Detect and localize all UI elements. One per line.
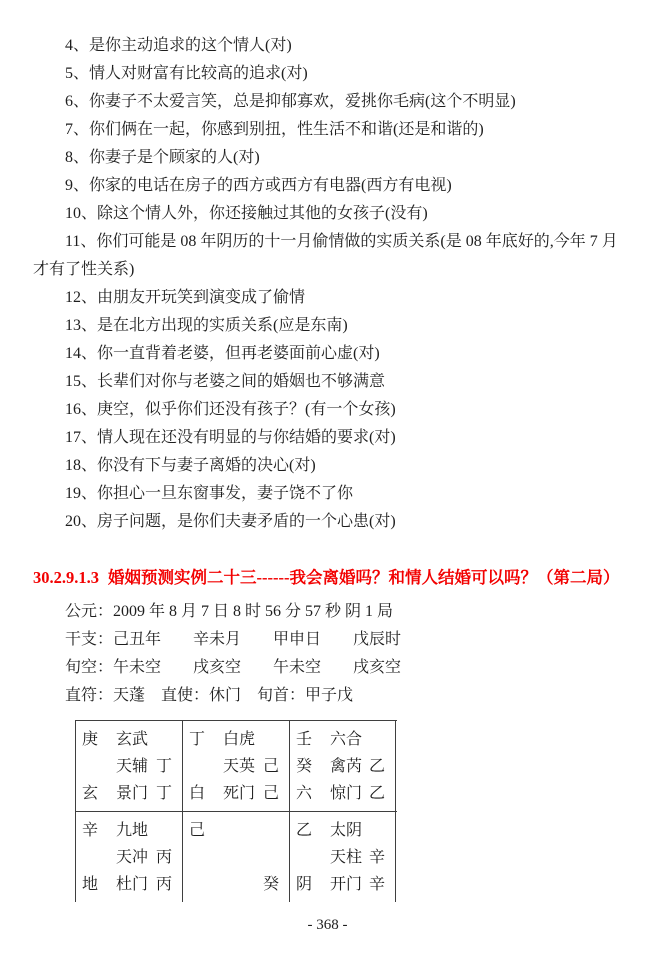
chart-cell-line: 己 — [189, 817, 279, 844]
chart-cell-line: 乙太阴 — [296, 817, 385, 844]
chart-cell-line: 辛九地 — [82, 817, 172, 844]
chart-center-name: 九地 — [116, 817, 155, 844]
chart-cell: 己癸 — [182, 812, 289, 902]
chart-right-stem — [368, 726, 385, 753]
chart-center-name — [223, 817, 262, 844]
chart-center-name — [223, 844, 262, 871]
chart-cell: 庚玄武天辅丁玄景门丁 — [75, 721, 182, 811]
list-item: 17、情人现在还没有明显的与你结婚的要求(对) — [33, 424, 622, 452]
chart-center-name: 玄武 — [116, 726, 155, 753]
chart-center-name: 天辅 — [116, 753, 155, 780]
chart-cell-line: 癸禽芮乙 — [296, 753, 385, 780]
chart-right-stem — [155, 726, 172, 753]
chart-left-glyph — [82, 753, 116, 780]
chart-right-stem — [368, 817, 385, 844]
chart-right-stem: 丁 — [155, 753, 172, 780]
chart-left-glyph: 乙 — [296, 817, 330, 844]
list-item: 8、你妻子是个顾家的人(对) — [33, 144, 622, 172]
chart-row: 辛九地天冲丙地杜门丙己癸乙太阴天柱辛阴开门辛 — [75, 812, 397, 902]
list-item: 12、由朋友开玩笑到演变成了偷情 — [33, 284, 622, 312]
chart-left-glyph: 癸 — [296, 753, 330, 780]
chart-cell: 丁白虎天英己白死门己 — [182, 721, 289, 811]
chart-left-glyph: 阴 — [296, 871, 330, 898]
chart-right-stem: 乙 — [368, 780, 385, 807]
chart-left-glyph: 六 — [296, 780, 330, 807]
list-item: 11、你们可能是 08 年阴历的十一月偷情做的实质关系(是 08 年底好的,今年… — [33, 228, 622, 284]
chart-center-name: 天柱 — [330, 844, 368, 871]
chart-left-glyph: 丁 — [189, 726, 223, 753]
list-item: 19、你担心一旦东窗事发，妻子饶不了你 — [33, 480, 622, 508]
section-number: 30.2.9.1.3 — [33, 568, 99, 587]
chart-row: 庚玄武天辅丁玄景门丁丁白虎天英己白死门己壬六合癸禽芮乙六惊门乙 — [75, 721, 397, 812]
list-item: 16、庚空，似乎你们还没有孩子？(有一个女孩) — [33, 396, 622, 424]
chart-center-name: 六合 — [330, 726, 368, 753]
chart-center-name: 天英 — [223, 753, 262, 780]
list-item: 9、你家的电话在房子的西方或西方有电器(西方有电视) — [33, 172, 622, 200]
qimen-chart: 庚玄武天辅丁玄景门丁丁白虎天英己白死门己壬六合癸禽芮乙六惊门乙辛九地天冲丙地杜门… — [75, 720, 397, 902]
document-page: 4、是你主动追求的这个情人(对) 5、情人对财富有比较高的追求(对) 6、你妻子… — [0, 0, 655, 962]
list-item: 6、你妻子不太爱言笑，总是抑郁寡欢，爱挑你毛病(这个不明显) — [33, 88, 622, 116]
chart-center-name: 死门 — [223, 780, 262, 807]
chart-cell: 辛九地天冲丙地杜门丙 — [75, 812, 182, 902]
list-item: 15、长辈们对你与老婆之间的婚姻也不够满意 — [33, 368, 622, 396]
chart-left-glyph: 庚 — [82, 726, 116, 753]
list-item: 7、你们俩在一起，你感到别扭，性生活不和谐(还是和谐的) — [33, 116, 622, 144]
chart-left-glyph — [82, 844, 116, 871]
chart-right-stem: 辛 — [368, 871, 385, 898]
chart-left-glyph — [189, 871, 223, 898]
info-line-xunkong: 旬空：午未空 戌亥空 午未空 戌亥空 — [33, 654, 622, 682]
list-item: 18、你没有下与妻子离婚的决心(对) — [33, 452, 622, 480]
chart-center-name: 太阴 — [330, 817, 368, 844]
chart-center-name: 惊门 — [330, 780, 368, 807]
chart-right-stem: 丙 — [155, 871, 172, 898]
chart-left-glyph: 壬 — [296, 726, 330, 753]
chart-right-stem — [155, 817, 172, 844]
chart-cell-line: 阴开门辛 — [296, 871, 385, 898]
chart-left-glyph — [189, 844, 223, 871]
chart-cell-line: 壬六合 — [296, 726, 385, 753]
chart-cell-line — [189, 844, 279, 871]
chart-center-name: 开门 — [330, 871, 368, 898]
chart-center-name: 禽芮 — [330, 753, 368, 780]
chart-right-stem: 丙 — [155, 844, 172, 871]
chart-center-name: 天冲 — [116, 844, 155, 871]
chart-center-name: 景门 — [116, 780, 155, 807]
section-title: 婚姻预测实例二十三------我会离婚吗？和情人结婚可以吗？（第二局） — [108, 568, 619, 587]
list-item: 14、你一直背着老婆，但再老婆面前心虚(对) — [33, 340, 622, 368]
chart-right-stem: 乙 — [368, 753, 385, 780]
chart-cell-line: 天辅丁 — [82, 753, 172, 780]
chart-cell-line: 六惊门乙 — [296, 780, 385, 807]
list-item: 5、情人对财富有比较高的追求(对) — [33, 60, 622, 88]
verification-list: 4、是你主动追求的这个情人(对) 5、情人对财富有比较高的追求(对) 6、你妻子… — [33, 32, 622, 536]
chart-info: 公元：2009 年 8 月 7 日 8 时 56 分 57 秒 阴 1 局 干支… — [33, 598, 622, 710]
list-item: 10、除这个情人外，你还接触过其他的女孩子(没有) — [33, 200, 622, 228]
chart-cell-line: 癸 — [189, 871, 279, 898]
chart-right-stem: 丁 — [155, 780, 172, 807]
chart-cell: 壬六合癸禽芮乙六惊门乙 — [289, 721, 396, 811]
chart-cell-line: 白死门己 — [189, 780, 279, 807]
list-item: 4、是你主动追求的这个情人(对) — [33, 32, 622, 60]
chart-right-stem — [262, 817, 279, 844]
chart-center-name: 杜门 — [116, 871, 155, 898]
chart-cell-line: 玄景门丁 — [82, 780, 172, 807]
chart-left-glyph — [189, 753, 223, 780]
info-line-zhifu: 直符：天蓬 直使：休门 旬首：甲子戊 — [33, 682, 622, 710]
page-number: - 368 - — [33, 914, 622, 936]
chart-cell-line: 庚玄武 — [82, 726, 172, 753]
chart-center-name: 白虎 — [223, 726, 262, 753]
chart-center-name — [223, 871, 262, 898]
chart-cell-line: 丁白虎 — [189, 726, 279, 753]
info-line-gongyuan: 公元：2009 年 8 月 7 日 8 时 56 分 57 秒 阴 1 局 — [33, 598, 622, 626]
chart-cell: 乙太阴天柱辛阴开门辛 — [289, 812, 396, 902]
chart-left-glyph: 辛 — [82, 817, 116, 844]
list-item: 20、房子问题，是你们夫妻矛盾的一个心患(对) — [33, 508, 622, 536]
chart-left-glyph: 玄 — [82, 780, 116, 807]
list-item: 13、是在北方出现的实质关系(应是东南) — [33, 312, 622, 340]
chart-cell-line: 天柱辛 — [296, 844, 385, 871]
chart-cell-line: 天冲丙 — [82, 844, 172, 871]
chart-right-stem: 己 — [262, 753, 279, 780]
chart-right-stem — [262, 726, 279, 753]
info-line-ganzhi: 干支：己丑年 辛未月 甲申日 戊辰时 — [33, 626, 622, 654]
chart-cell-line: 天英己 — [189, 753, 279, 780]
chart-right-stem — [262, 844, 279, 871]
chart-left-glyph: 己 — [189, 817, 223, 844]
chart-right-stem: 己 — [262, 780, 279, 807]
chart-right-stem: 癸 — [262, 871, 279, 898]
section-heading: 30.2.9.1.3婚姻预测实例二十三------我会离婚吗？和情人结婚可以吗？… — [33, 564, 622, 592]
chart-left-glyph: 白 — [189, 780, 223, 807]
chart-left-glyph — [296, 844, 330, 871]
chart-left-glyph: 地 — [82, 871, 116, 898]
chart-right-stem: 辛 — [368, 844, 385, 871]
chart-cell-line: 地杜门丙 — [82, 871, 172, 898]
